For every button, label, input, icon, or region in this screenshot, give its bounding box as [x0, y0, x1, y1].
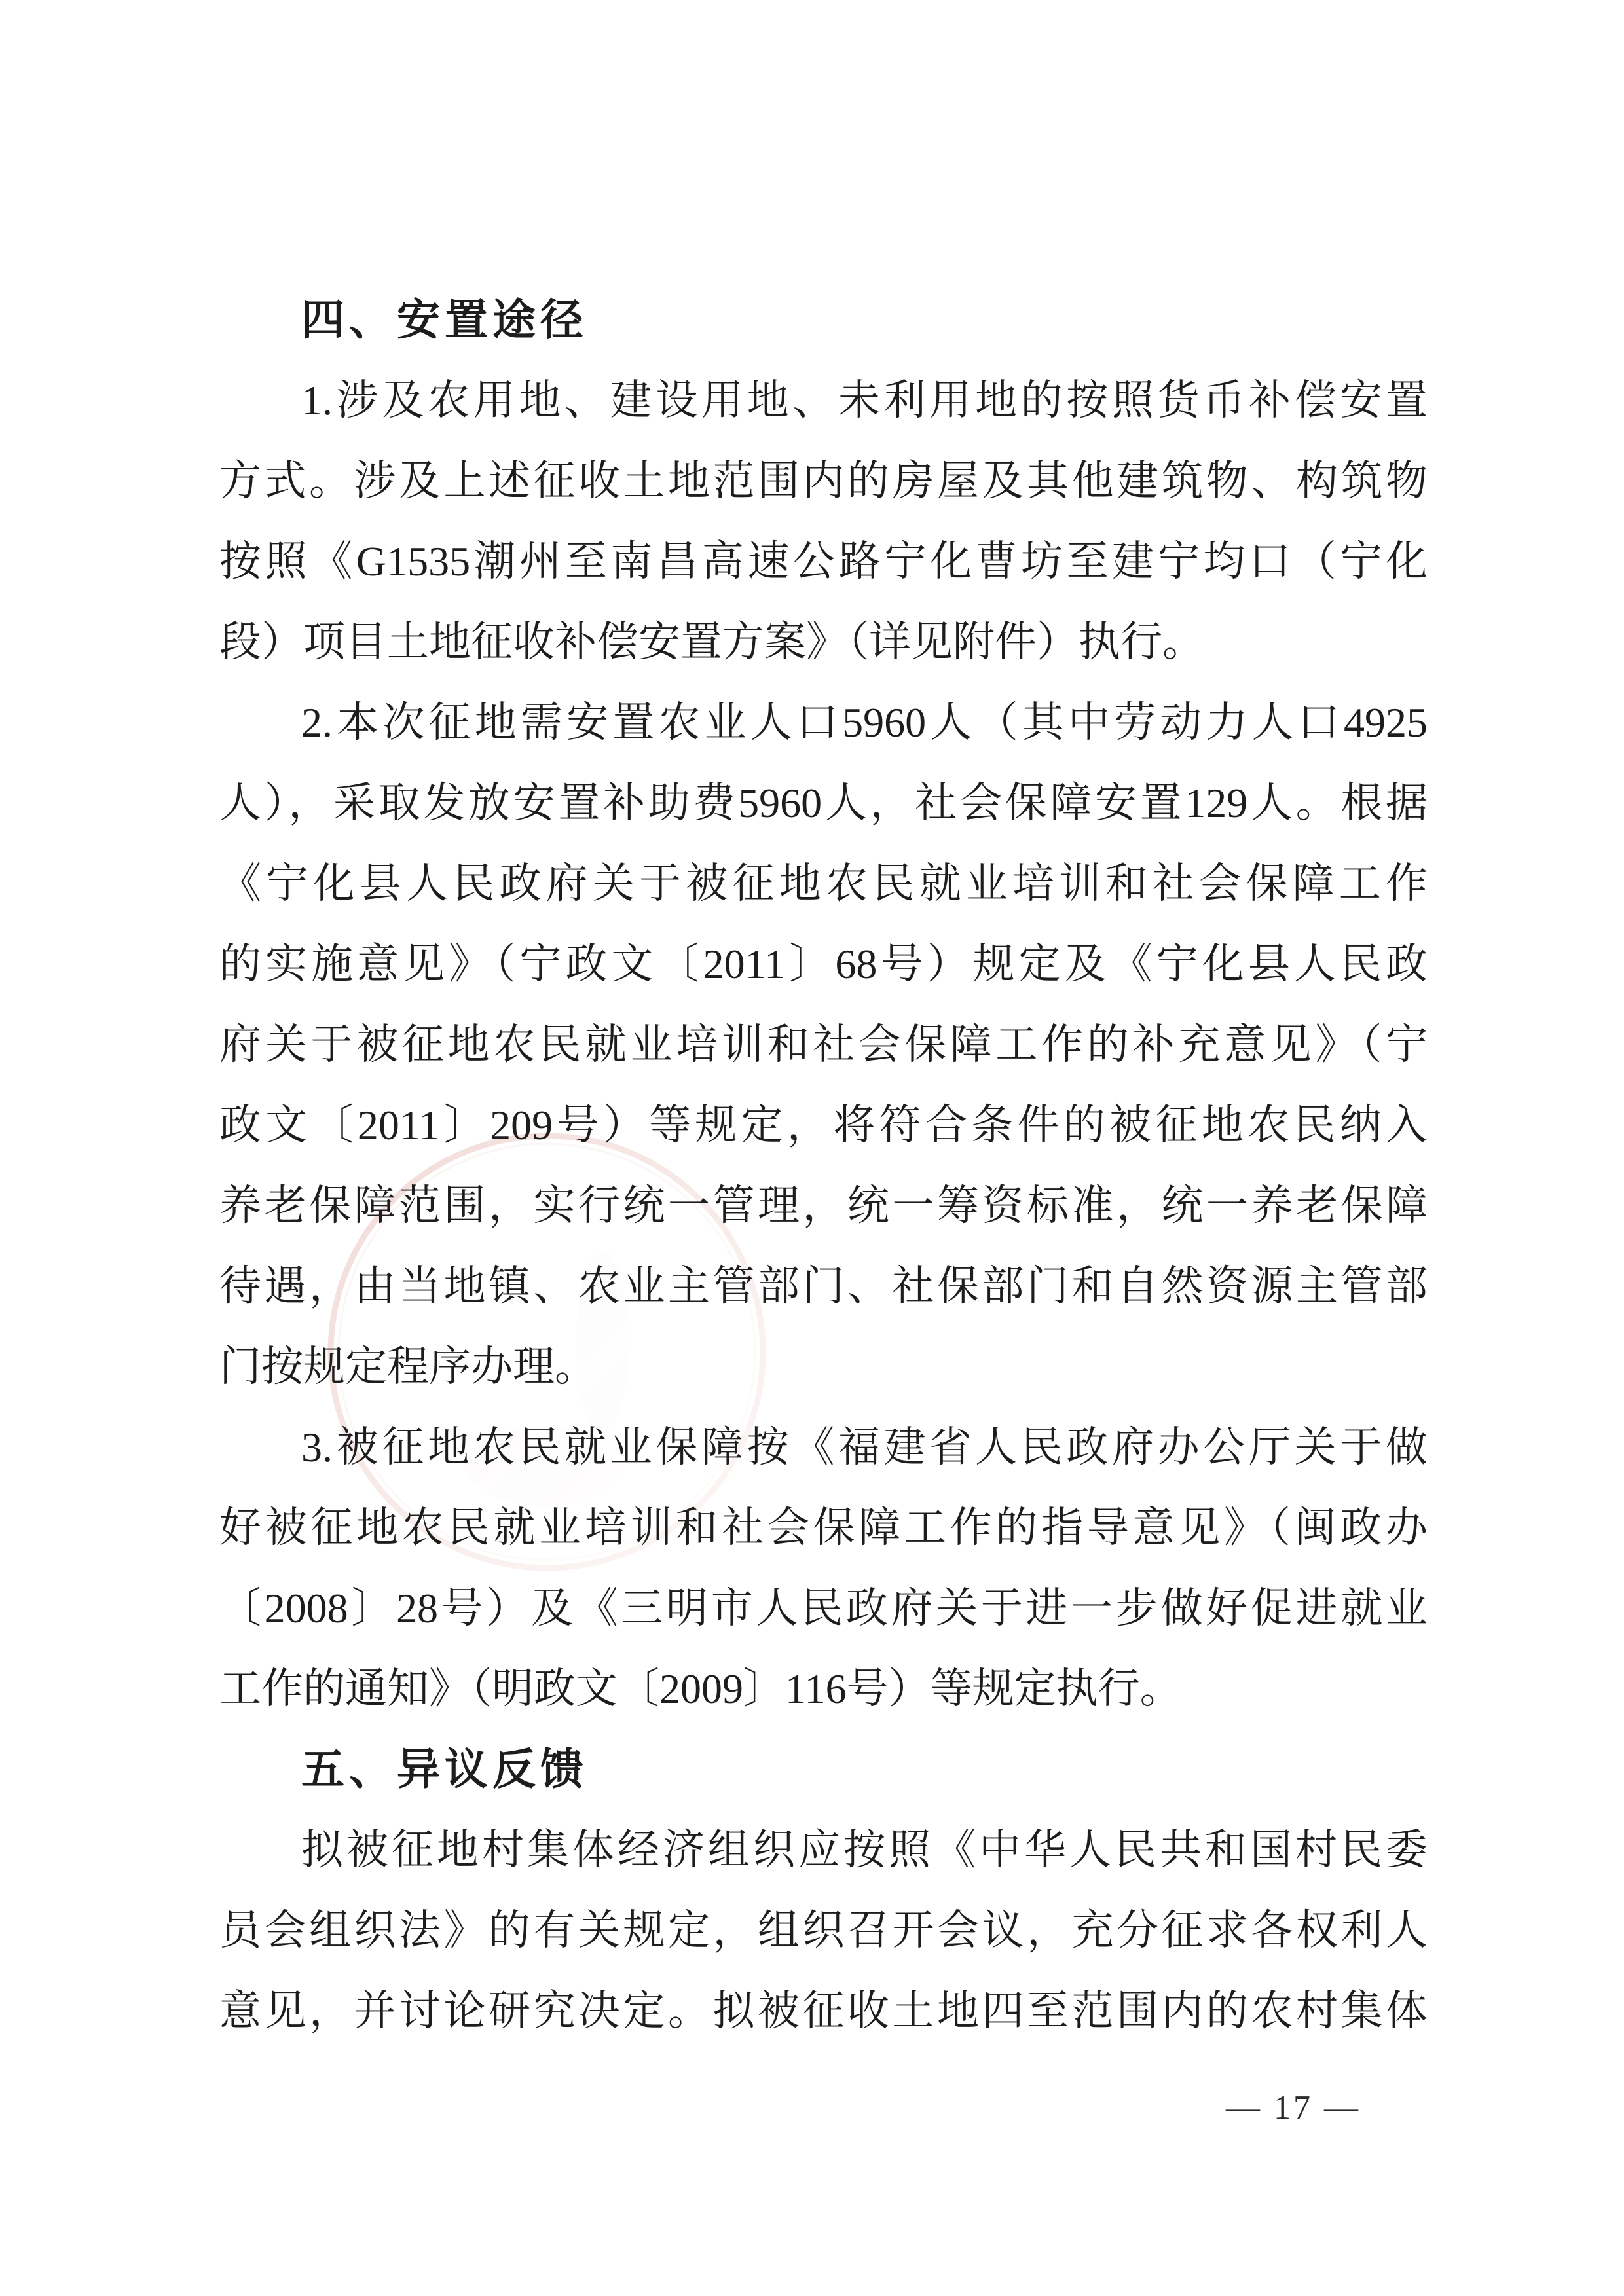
text-line: 按照《G1535潮州至南昌高速公路宁化曹坊至建宁均口（宁化 — [219, 521, 1428, 602]
text-line: 政文〔2011〕209号）等规定，将符合条件的被征地农民纳入 — [219, 1085, 1428, 1165]
document-body: 四、安置途径1.涉及农用地、建设用地、未利用地的按照货币补偿安置方式。涉及上述征… — [219, 280, 1428, 2051]
text-line: 2.本次征地需安置农业人口5960人（其中劳动力人口4925 — [219, 682, 1428, 763]
text-line: 段）项目土地征收补偿安置方案》（详见附件）执行。 — [219, 602, 1428, 682]
text-line: 门按规定程序办理。 — [219, 1326, 1428, 1407]
page-number: — 17 — — [1198, 2085, 1388, 2131]
text-line: 《宁化县人民政府关于被征地农民就业培训和社会保障工作 — [219, 843, 1428, 924]
text-line: 意见，并讨论研究决定。拟被征收土地四至范围内的农村集体 — [219, 1971, 1428, 2051]
text-line: 拟被征地村集体经济组织应按照《中华人民共和国村民委 — [219, 1810, 1428, 1890]
section-heading: 五、异议反馈 — [219, 1729, 1428, 1810]
text-line: 方式。涉及上述征收土地范围内的房屋及其他建筑物、构筑物 — [219, 441, 1428, 521]
text-line: 1.涉及农用地、建设用地、未利用地的按照货币补偿安置 — [219, 360, 1428, 441]
scanned-document-page: 四、安置途径1.涉及农用地、建设用地、未利用地的按照货币补偿安置方式。涉及上述征… — [0, 0, 1624, 2296]
text-line: 好被征地农民就业培训和社会保障工作的指导意见》（闽政办 — [219, 1487, 1428, 1568]
text-line: 3.被征地农民就业保障按《福建省人民政府办公厅关于做 — [219, 1407, 1428, 1487]
text-line: 工作的通知》（明政文〔2009〕116号）等规定执行。 — [219, 1649, 1428, 1729]
text-line: 待遇，由当地镇、农业主管部门、社保部门和自然资源主管部 — [219, 1246, 1428, 1326]
text-line: 〔2008〕28号）及《三明市人民政府关于进一步做好促进就业 — [219, 1568, 1428, 1649]
text-line: 府关于被征地农民就业培训和社会保障工作的补充意见》（宁 — [219, 1004, 1428, 1085]
section-heading: 四、安置途径 — [219, 280, 1428, 360]
text-line: 的实施意见》（宁政文〔2011〕68号）规定及《宁化县人民政 — [219, 924, 1428, 1004]
text-line: 员会组织法》的有关规定，组织召开会议，充分征求各权利人 — [219, 1890, 1428, 1971]
text-line: 养老保障范围，实行统一管理，统一筹资标准，统一养老保障 — [219, 1165, 1428, 1246]
text-line: 人），采取发放安置补助费5960人，社会保障安置129人。根据 — [219, 763, 1428, 843]
